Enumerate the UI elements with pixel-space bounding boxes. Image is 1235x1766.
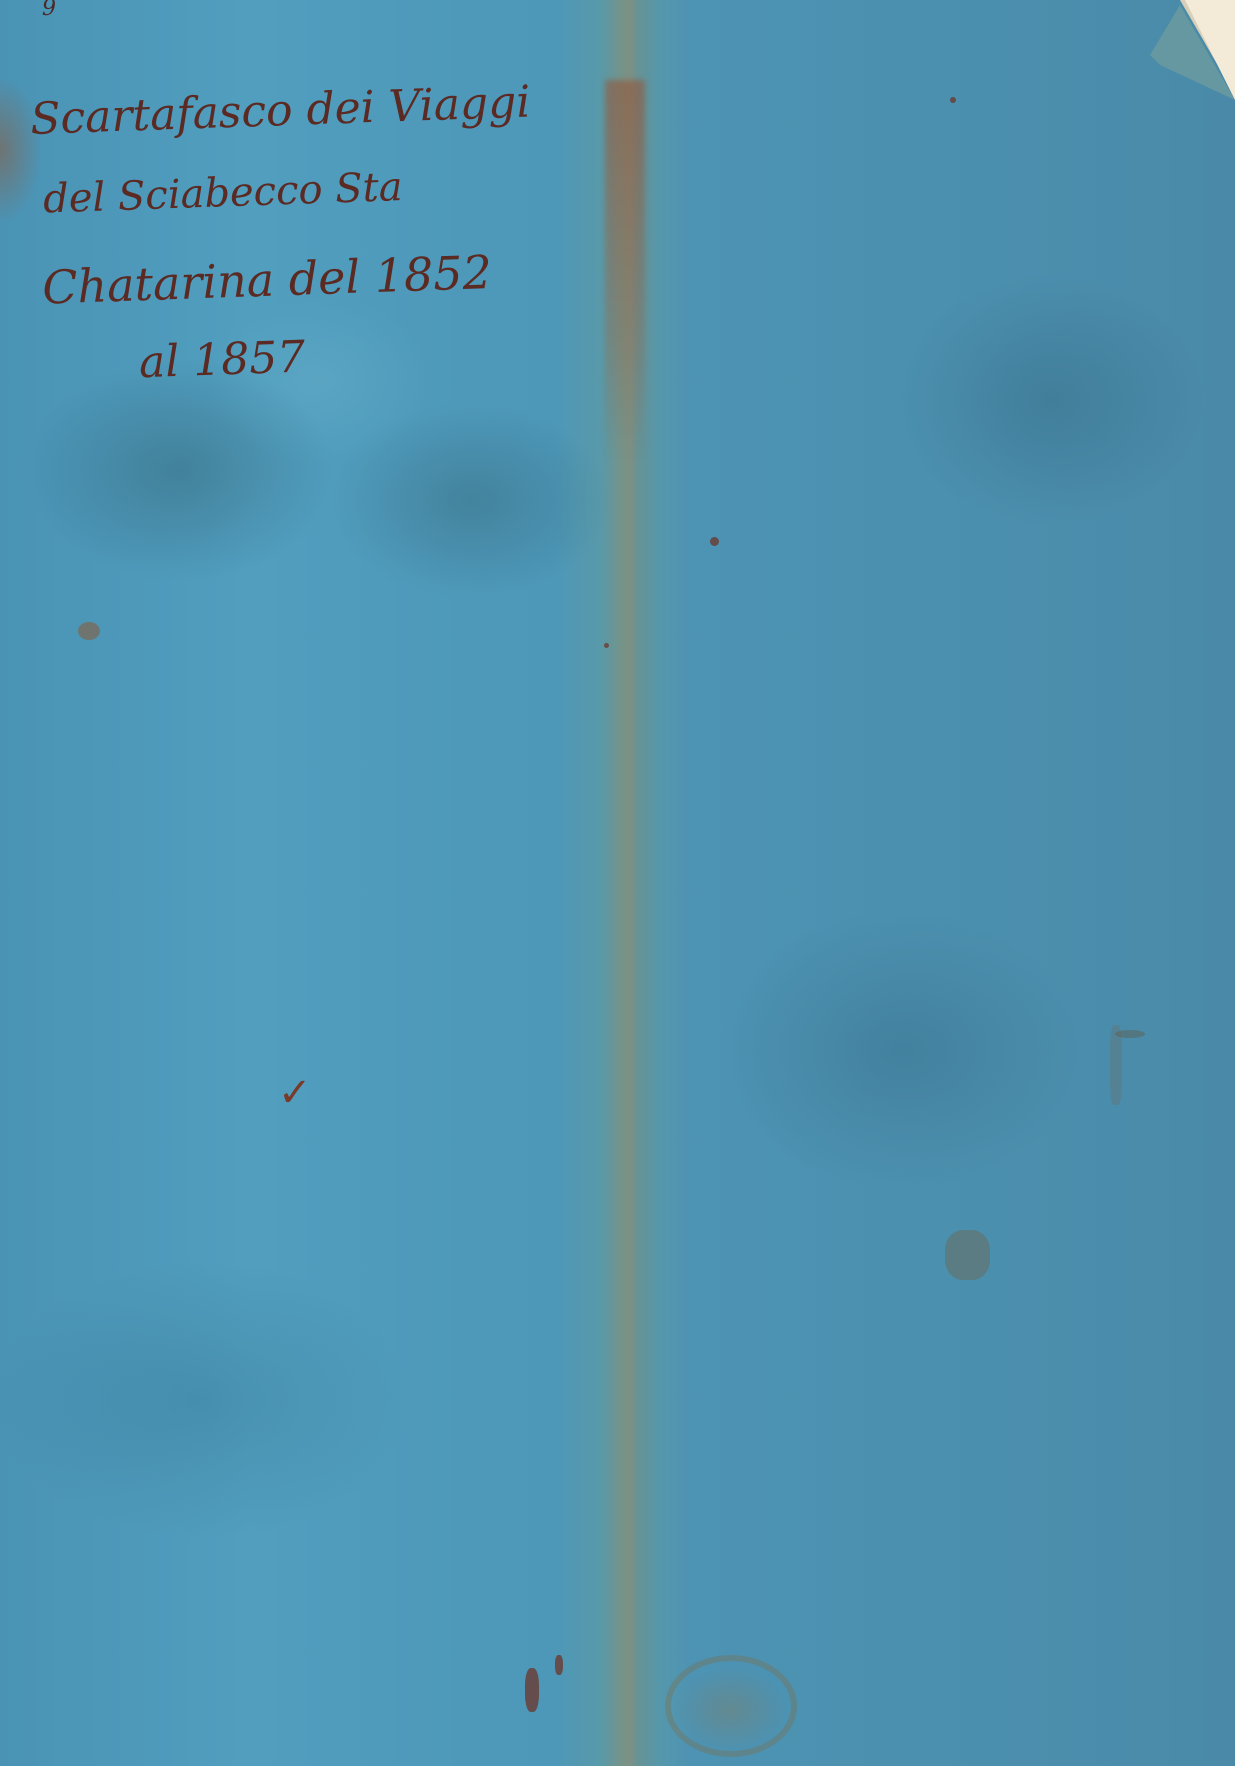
check-mark-icon: ✓ — [278, 1070, 312, 1116]
ink-spot — [710, 537, 719, 546]
ink-blot — [555, 1655, 563, 1675]
fold-stain — [605, 80, 645, 460]
stain-ring — [665, 1655, 797, 1757]
ink-spot — [604, 643, 609, 648]
ink-blot — [525, 1668, 539, 1712]
title-line-2: del Sciabecco Sta — [43, 167, 404, 220]
title-line-4: al 1857 — [138, 336, 306, 386]
water-stain — [1110, 1025, 1122, 1105]
ink-spot — [950, 97, 956, 103]
ink-spot — [78, 622, 100, 640]
folio-number: 9 — [42, 0, 56, 21]
water-stain — [945, 1230, 990, 1280]
